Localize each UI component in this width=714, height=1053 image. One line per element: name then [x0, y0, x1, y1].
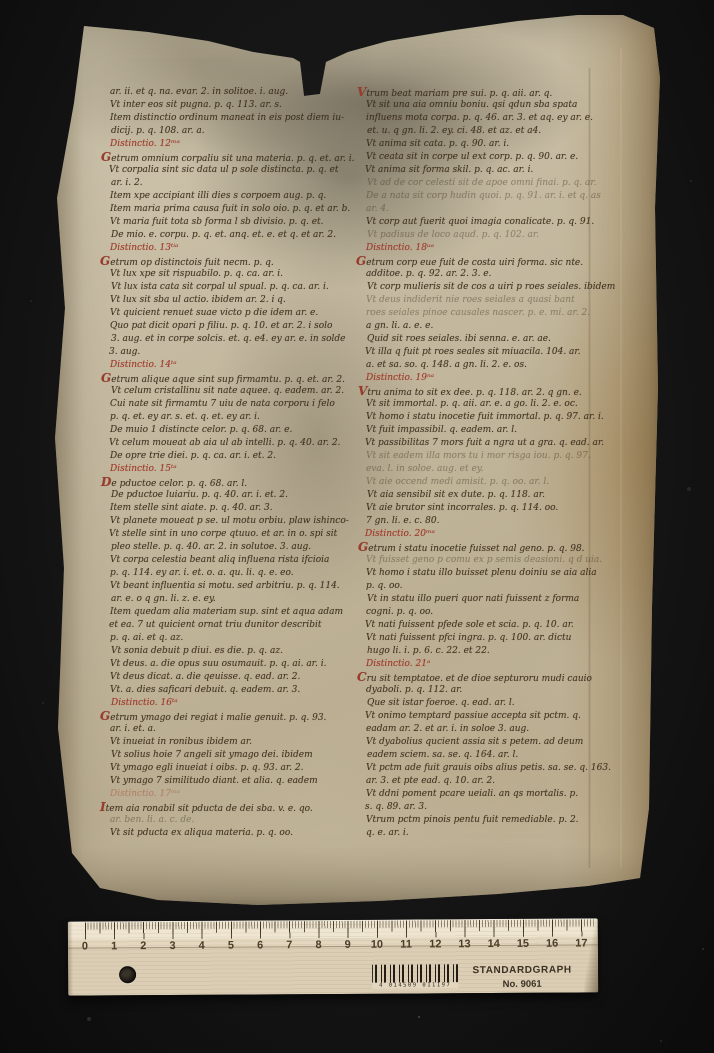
manuscript-line: Vt padisus de loco aqud. p. q. 102. ar. [367, 229, 659, 242]
manuscript-line: Getrum ymago dei regiat i malie genuit. … [109, 710, 361, 723]
manuscript-line: De mio. e. corpu. p. q. et. anq. et. e. … [111, 229, 363, 242]
manuscript-line: Vt dyabolius qucient assia sit s petem. … [366, 736, 658, 749]
manuscript-line: q. e. ar. i. [366, 827, 658, 840]
manuscript-line: p. q. 114. ey ar. i. et. o. a. qu. li. q… [110, 567, 362, 580]
manuscript-line: De muio 1 distincte celor. p. q. 68. ar.… [110, 424, 362, 437]
barcode-digits: 4 014509 011197 [372, 982, 458, 989]
ruler-tick-scale [85, 919, 594, 939]
ruler-number: 15 [517, 938, 529, 950]
manuscript-line: Item distinctio ordinum maneat in eis po… [110, 112, 362, 125]
manuscript-line: pleo stelle. p. q. 40. ar. 2. in solutoe… [111, 541, 363, 554]
manuscript-line: Vt stelle sint in uno corpe qtuuo. et ar… [109, 528, 361, 541]
rubric-heading: Distinctio. 17ᵐᵃ [110, 788, 362, 801]
ruler-number: 13 [458, 938, 470, 950]
manuscript-line: Vt corp mulieris sit de cos a uiri p roe… [367, 281, 659, 294]
ruler-model-number: No. 9061 [460, 978, 584, 990]
manuscript-line: Cui nate sit firmamtu 7 uiu de nata corp… [110, 398, 362, 411]
ruler-number: 9 [345, 939, 351, 951]
manuscript-page: ar. ii. et q. na. evar. 2. in solitoe. i… [48, 8, 660, 906]
manuscript-line: Getrum alique aque sint sup firmamtu. p.… [110, 372, 362, 385]
text-column-left: ar. ii. et q. na. evar. 2. in solitoe. i… [100, 86, 362, 840]
manuscript-line: Vt aia sensibil sit ex dute. p. q. 118. … [367, 489, 659, 502]
rubric-heading: Distinctio. 18ᵘᵃ [366, 242, 658, 255]
manuscript-line: Vt homo i statu illo buisset plenu doini… [366, 567, 658, 580]
manuscript-line: Vt illa q fuit pt roes seales sit miuaci… [365, 346, 657, 359]
manuscript-line: Vt quicient renuet suae victo p die idem… [110, 307, 362, 320]
manuscript-line: et. u. q gn. li. 2. ey. ci. 48. et az. e… [367, 125, 659, 138]
manuscript-line: Vt anima sit cata. p. q. 90. ar. i. [366, 138, 658, 151]
manuscript-line: Vt celum moueat ab aia ul ab intelli. p.… [109, 437, 361, 450]
manuscript-line: Vt ceata sit in corpe ul ext corp. p. q.… [366, 151, 658, 164]
ruler-number: 11 [400, 939, 412, 951]
manuscript-line: Vt inueiat in ronibus ibidem ar. [110, 736, 362, 749]
manuscript-line: ar. ben. li. a. c. de. [110, 814, 362, 827]
manuscript-line: De pductoe luiariu. p. q. 40. ar. i. et.… [111, 489, 363, 502]
manuscript-line: Quid sit roes seiales. ibi senna. e. ar.… [367, 333, 659, 346]
manuscript-line: Vt deus indiderit nie roes seiales a qua… [366, 294, 658, 307]
manuscript-line: Item maria prima causa fuit in solo oio.… [110, 203, 362, 216]
manuscript-line: Vt corpa celestia beant aliq influena ri… [110, 554, 362, 567]
manuscript-line: Vt ddni poment pcare ueiali. an qs morta… [366, 788, 658, 801]
manuscript-line: Getrum omnium corpaliu sit una materia. … [110, 151, 362, 164]
manuscript-line: influens mota corpa. p. q. 46. ar. 3. et… [366, 112, 658, 125]
text-column-right: Vtrum beat mariam pre sui. p. q. aii. ar… [356, 86, 658, 840]
manuscript-line: Vt sonia debuit p diui. es die. p. q. az… [111, 645, 363, 658]
manuscript-line: 7 gn. li. e. c. 80. [366, 515, 658, 528]
manuscript-line: De a nata sit corp hudin quoi. p. q. 91.… [366, 190, 658, 203]
rubric-heading: Distinctio. 20ᵐᵃ [365, 528, 657, 541]
manuscript-line: Item xpe accipiant illi dies s corpoem a… [110, 190, 362, 203]
barcode-bars [372, 964, 458, 983]
manuscript-line: Vt fuisset geno p comu ex p semis deasio… [366, 554, 658, 567]
manuscript-line: Vt lux xpe sit rispuabilo. p. q. ca. ar.… [110, 268, 362, 281]
ruler-number: 0 [82, 940, 88, 952]
manuscript-line: Vt sit pducta ex aliqua materia. p. q. o… [110, 827, 362, 840]
ruler-number: 14 [488, 938, 500, 950]
manuscript-line: Vt beant influentia si motu. sed arbitri… [110, 580, 362, 593]
ruler-number: 1 [111, 940, 117, 952]
ruler-number: 16 [546, 938, 558, 950]
manuscript-line: p. q. et. ey ar. s. et. q. et. ey ar. i. [110, 411, 362, 424]
manuscript-line: hugo li. i. p. 6. c. 22. et 22. [367, 645, 659, 658]
manuscript-line: Vtru anima to sit ex dee. p. q. 118. ar.… [367, 385, 659, 398]
manuscript-line: p. q. ai. et q. az. [110, 632, 362, 645]
manuscript-line: Vt ad de cor celesti sit de apoe omni fi… [367, 177, 659, 190]
manuscript-line: Item aia ronabil sit pducta de dei sba. … [109, 801, 361, 814]
manuscript-line: 3. aug. [109, 346, 361, 359]
ruler-hole [119, 966, 136, 983]
manuscript-line: ar. 4. [366, 203, 658, 216]
ruler-number: 7 [286, 939, 292, 951]
manuscript-line: additoe. p. q. 92. ar. 2. 3. e. [366, 268, 658, 281]
manuscript-line: Vt lux sit sba ul actio. ibidem ar. 2. i… [110, 294, 362, 307]
manuscript-line: Vt ymago egli inueiat i oibs. p. q. 93. … [110, 762, 362, 775]
rubric-heading: Distinctio. 12ᵐᵃ [110, 138, 362, 151]
ruler-brand-name: STANDARDGRAPH [460, 964, 584, 976]
manuscript-line: Vt anima sit forma skil. p. q. ac. ar. i… [365, 164, 657, 177]
manuscript-line: 3. aug. et in corpe solcis. et. q. e4. e… [111, 333, 363, 346]
ruler-number: 12 [429, 938, 441, 950]
manuscript-line: Vt in statu illo pueri quor nati fuissen… [367, 593, 659, 606]
manuscript-line: Vt pctm ade fuit grauis oibs alius petis… [366, 762, 658, 775]
manuscript-line: Vt passibilitas 7 mors fuit a ngra ut a … [365, 437, 657, 450]
ruler-number: 4 [199, 940, 205, 952]
ruler-numbers: 01234567891011121314151617 [68, 937, 598, 954]
manuscript-line: eadem sciem. sa. se. q. 164. ar. l. [367, 749, 659, 762]
rubric-heading: Distinctio. 15ᵗᵃ [110, 463, 362, 476]
manuscript-line: Vt lux ista cata sit corpal ul spual. p.… [111, 281, 363, 294]
manuscript-line: eadam ar. 2. et ar. i. in soloe 3. aug. [366, 723, 658, 736]
manuscript-line: Vt planete moueat p se. ul motu orbiu. p… [110, 515, 362, 528]
manuscript-line: Vt sit eadem illa mors tu i mor risga io… [366, 450, 658, 463]
ruler-right-edge-shading [584, 918, 598, 992]
manuscript-line: cogni. p. q. oo. [366, 606, 658, 619]
manuscript-line: roes seiales pinoe causales nascer. p. e… [366, 307, 658, 320]
manuscript-line: De opre trie diei. p. q. ca. ar. i. et. … [110, 450, 362, 463]
manuscript-line: Vt aie brutor sint incorrales. p. q. 114… [366, 502, 658, 515]
photo-scene: ar. ii. et q. na. evar. 2. in solitoe. i… [0, 0, 714, 1053]
rubric-heading: Distinctio. 21ᵃ [366, 658, 658, 671]
manuscript-line: De pductoe celor. p. q. 68. ar. l. [110, 476, 362, 489]
manuscript-line: dicij. p. q. 108. ar. a. [111, 125, 363, 138]
manuscript-line: Getrum op distinctois fuit necm. p. q. [109, 255, 361, 268]
ruler-number: 2 [140, 940, 146, 952]
manuscript-line: dyaboli. p. q. 112. ar. [366, 684, 658, 697]
ruler-number: 8 [315, 939, 321, 951]
ruler-number: 3 [169, 940, 175, 952]
manuscript-line: ar. 3. et pte ead. q. 10. ar. 2. [366, 775, 658, 788]
manuscript-line: Vt homo i statu inocetie fuit immortal. … [366, 411, 658, 424]
manuscript-line: Item quedam alia materiam sup. sint et a… [110, 606, 362, 619]
manuscript-line: ar. i. 2. [111, 177, 363, 190]
manuscript-line: Vt inter eos sit pugna. p. q. 113. ar. s… [110, 99, 362, 112]
manuscript-line: Vtrum beat mariam pre sui. p. q. aii. ar… [366, 86, 658, 99]
manuscript-line: Vt nati fuissent pfede sole et scia. p. … [365, 619, 657, 632]
manuscript-line: s. q. 89. ar. 3. [365, 801, 657, 814]
manuscript-line: Getrum i statu inocetie fuisset nal geno… [367, 541, 659, 554]
manuscript-line: Vt. a. dies saficari debuit. q. eadem. a… [110, 684, 362, 697]
manuscript-line: Item stelle sint aiate. p. q. 40. ar. 3. [110, 502, 362, 515]
rubric-heading: Distinctio. 16ᵗᵃ [111, 697, 363, 710]
manuscript-line: Getrum corp eue fuit de costa uiri forma… [365, 255, 657, 268]
ruler-left-edge-shading [68, 922, 73, 996]
manuscript-line: Quo pat dicit opari p filiu. p. q. 10. e… [110, 320, 362, 333]
manuscript-line: Cru sit temptatoe. et de dioe septuroru … [366, 671, 658, 684]
manuscript-line: a gn. li. a. e. e. [366, 320, 658, 333]
manuscript-line: Vt corpalia sint sic data ul p sole dist… [109, 164, 361, 177]
manuscript-line: ar. ii. et q. na. evar. 2. in solitoe. i… [110, 86, 362, 99]
manuscript-line: Vt deus. a. die opus suu osumauit. p. q.… [110, 658, 362, 671]
manuscript-line: p. q. oo. [366, 580, 658, 593]
manuscript-line: Vt sit una aia omniu boniu. qsi qdun sba… [366, 99, 658, 112]
manuscript-line: Vt nati fuissent pfci ingra. p. q. 100. … [366, 632, 658, 645]
rubric-heading: Distinctio. 19ⁿᵃ [366, 372, 658, 385]
manuscript-line: Vt celum cristallinu sit nate aquee. q. … [111, 385, 363, 398]
manuscript-line: Vt solius hoie 7 angeli sit ymago dei. i… [111, 749, 363, 762]
manuscript-line: ar. e. o q gn. li. z. e. ey. [111, 593, 363, 606]
manuscript-line: eva. l. in soloe. aug. et ey. [366, 463, 658, 476]
ruler-number: 6 [257, 939, 263, 951]
ruler: 01234567891011121314151617 4 014509 0111… [68, 918, 598, 995]
manuscript-line: Vt deus dicat. a. die qeuisse. q. ead. a… [110, 671, 362, 684]
manuscript-line: ar. i. et. a. [110, 723, 362, 736]
manuscript-line: Vt sit immortal. p. q. aii. ar. e. a go.… [366, 398, 658, 411]
manuscript-line: Vt fuit impassibil. q. eadem. ar. l. [366, 424, 658, 437]
rubric-heading: Distinctio. 14ᵗᵃ [110, 359, 362, 372]
manuscript-line: Vt onimo temptard passiue accepta sit pc… [365, 710, 657, 723]
manuscript-line: Vt maria fuit tota sb forma l sb divisio… [110, 216, 362, 229]
manuscript-line: Que sit istar foeroe. q. ead. ar. l. [367, 697, 659, 710]
ruler-number: 5 [228, 940, 234, 952]
manuscript-line: a. et sa. so. q. 148. a gn. li. 2. e. os… [366, 359, 658, 372]
dust-specks [0, 0, 2, 2]
ruler-number: 10 [371, 939, 383, 951]
manuscript-line: Vt corp aut fuerit quoi imagia conalicat… [366, 216, 658, 229]
manuscript-line: Vt ymago 7 similitudo diant. et alia. q.… [110, 775, 362, 788]
ruler-brand-block: STANDARDGRAPH No. 9061 [460, 964, 584, 990]
barcode: 4 014509 011197 [372, 964, 458, 989]
manuscript-line: et ea. 7 ut quicient ornat triu dunitor … [109, 619, 361, 632]
manuscript-line: Vt aie occend medi amisit. p. q. oo. ar.… [366, 476, 658, 489]
manuscript-line: Vtrum pctm pinois pentu fuit remediable.… [366, 814, 658, 827]
rubric-heading: Distinctio. 13ᵗⁱᵃ [110, 242, 362, 255]
